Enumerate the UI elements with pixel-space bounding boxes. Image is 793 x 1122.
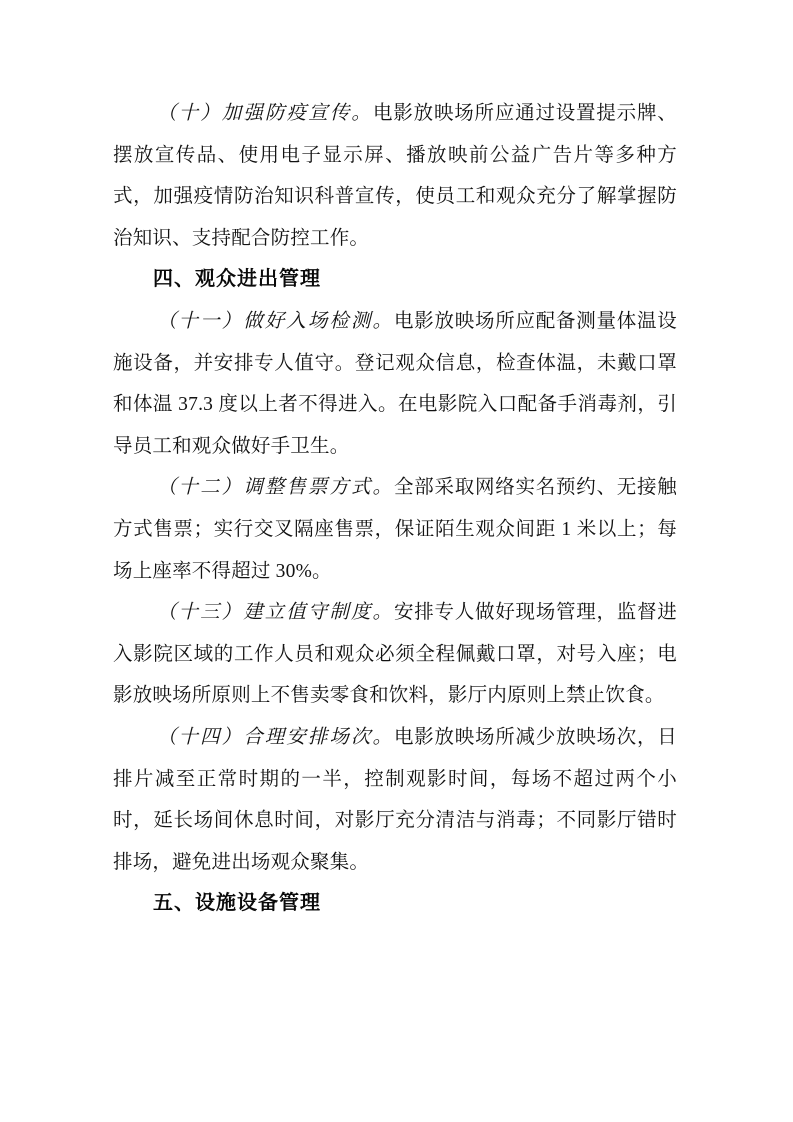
paragraph-lead: （十三）建立值守制度。 [157, 602, 394, 623]
paragraph-body: 电影放映场所减少放映场次，日排片减至正常时期的一半，控制观影时间，每场不超过两个… [113, 727, 677, 873]
section-heading: 五、设施设备管理 [113, 883, 677, 925]
paragraph: （十三）建立值守制度。安排专人做好现场管理，监督进入影院区域的工作人员和观众必须… [113, 592, 677, 717]
paragraph: （十二）调整售票方式。全部采取网络实名预约、无接触方式售票；实行交叉隔座售票，保… [113, 467, 677, 592]
paragraph: （十四）合理安排场次。电影放映场所减少放映场次，日排片减至正常时期的一半，控制观… [113, 717, 677, 883]
paragraph-body: 电影放映场所应配备测量体温设施设备，并安排专人值守。登记观众信息，检查体温，未戴… [113, 311, 677, 457]
paragraph-lead: （十）加强防疫宣传。 [157, 103, 373, 124]
document-content: （十）加强防疫宣传。电影放映场所应通过设置提示牌、摆放宣传品、使用电子显示屏、播… [113, 93, 677, 925]
paragraph-lead: （十二）调整售票方式。 [157, 477, 394, 498]
paragraph-body: 电影放映场所应通过设置提示牌、摆放宣传品、使用电子显示屏、播放映前公益广告片等多… [113, 103, 677, 249]
paragraph-lead: （十一）做好入场检测。 [157, 311, 394, 332]
document-page: （十）加强防疫宣传。电影放映场所应通过设置提示牌、摆放宣传品、使用电子显示屏、播… [0, 0, 793, 1122]
paragraph: （十）加强防疫宣传。电影放映场所应通过设置提示牌、摆放宣传品、使用电子显示屏、播… [113, 93, 677, 259]
paragraph-lead: （十四）合理安排场次。 [157, 727, 394, 748]
paragraph: （十一）做好入场检测。电影放映场所应配备测量体温设施设备，并安排专人值守。登记观… [113, 301, 677, 467]
section-heading: 四、观众进出管理 [113, 259, 677, 301]
